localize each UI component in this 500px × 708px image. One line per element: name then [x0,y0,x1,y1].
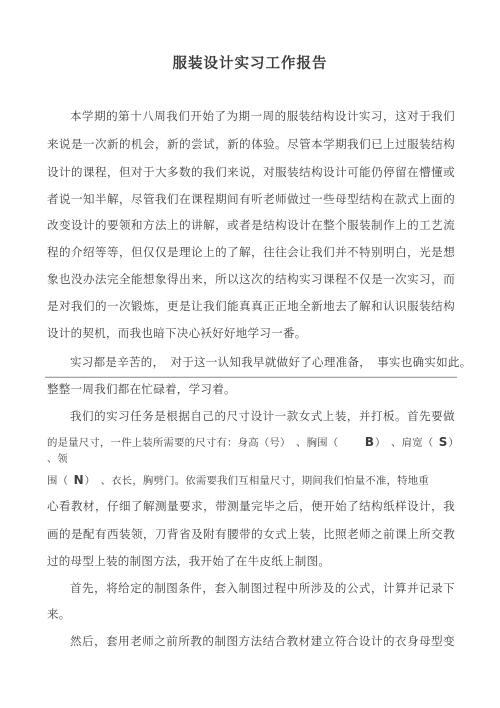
document-page: 服装设计实习工作报告 本学期的第十八周我们开始了为期一周的服装结构设计实习，这对… [0,0,500,708]
text-line: 来。 [47,608,455,623]
text-line: 我们的实习任务是根据自己的尺寸设计一款女式上装，并打板。首先要做 [47,410,455,425]
text-line: 本学期的第十八周我们开始了为期一周的服装结构设计实习，这对于我们 [47,110,455,125]
text-line: 设计的契机，而我也暗下决心袄好好地学习一番。 [47,327,455,342]
text-line: 首先，将给定的制图条件，套入制图过程中所涉及的公式，计算并记录下 [47,582,455,597]
text-line: 画的是配有西装领，刀背省及附有腰带的女式上装，比照老师之前课上所交教 [47,528,455,543]
text-line: 过的母型上装的制图方法，我开始了在牛皮纸上制图。 [47,555,455,570]
latin-measurement-symbol: S [439,435,449,449]
text-line: 设计的课程，但对于大多数的我们来说，对服装结构设计可能仍停留在懵懂或 [47,166,455,181]
text-line: 是对我们的一次锻炼，更是让我们能真真正正地全新地去了解和认识服装结构 [47,300,455,315]
document-title: 服装设计实习工作报告 [0,52,500,73]
text-line: 整整一周我们都在忙碌着，学习着。 [47,383,455,398]
section-divider-line [45,377,457,378]
text-line: 来说是一次新的机会，新的尝试，新的体验。尽管本学期我们已上过服装结构 [47,138,455,153]
text-line: 心看教材，仔细了解测量要求，带测量完毕之后，便开始了结构纸样设计，我 [47,500,455,515]
text-line: 的是量尺寸，一件上装所需要的尺寸有：身高（号） 、胸围（ B） 、肩宽（ S） [47,435,455,451]
text-line: 改变设计的要领和方法上的讲解，或者是结构设计在整个服装制作上的工艺流 [47,219,455,234]
text-line: 象也没办法完全能想象得出来，所以这次的结构实习课程不仅是一次实习，而 [47,273,455,288]
latin-measurement-symbol: B [365,435,375,449]
text-line: 实习都是辛苦的， 对于这一认知我早就做好了心理准备， 事实也确实如此。 [47,356,455,371]
text-line: 者说一知半解，尽管我们在课程期间有听老师做过一些母型结构在款式上面的 [47,193,455,208]
text-line: 程的介绍等等，但仅仅是理论上的了解，往往会让我们并不特别明白，光是想 [47,246,455,261]
text-line: 、领 [47,452,455,467]
text-line: 然后，套用老师之前所教的制图方法结合教材建立符合设计的衣身母型变 [47,635,455,650]
text-line: 围（ N） 、衣长，胸劈门。依需要我们互相量尺寸，期间我们怕量不准，特地重 [47,473,455,489]
latin-measurement-symbol: N [74,473,85,487]
